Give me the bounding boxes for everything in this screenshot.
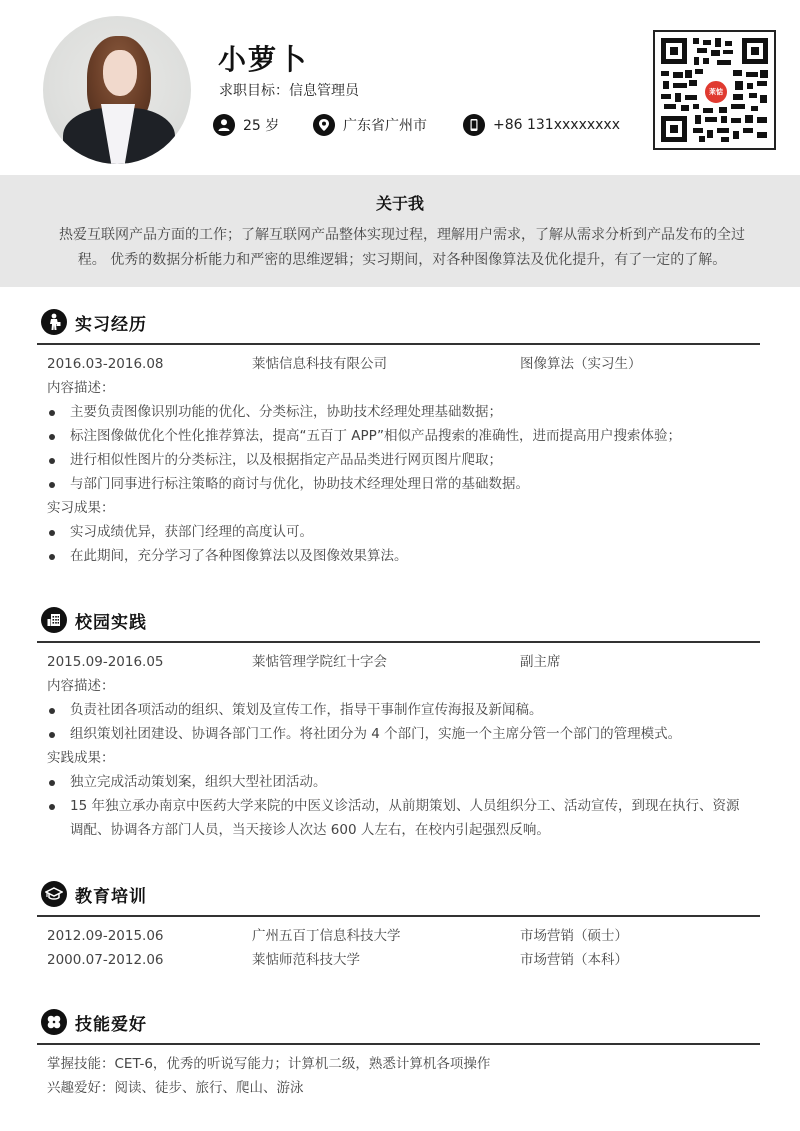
role: 图像算法（实习生） <box>520 352 642 376</box>
internship-section: 实习经历 2016.03-2016.08 莱惦信息科技有限公司 图像算法（实习生… <box>37 307 760 568</box>
about-section: 关于我 热爱互联网产品方面的工作；了解互联网产品整体实现过程，理解用户需求，了解… <box>0 175 800 287</box>
major: 市场营销（本科） <box>520 948 628 972</box>
list-item: 标注图像做优化个性化推荐算法，提高“五百丁 APP”相似产品搜索的准确性，进而提… <box>47 424 760 448</box>
location-pin-icon <box>313 114 335 136</box>
result-label: 实习成果： <box>47 496 760 520</box>
education-row: 2012.09-2015.06 广州五百丁信息科技大学 市场营销（硕士） <box>47 924 760 948</box>
qr-code: 莱惦 <box>653 30 776 150</box>
list-item: 15 年独立承办南京中医药大学来院的中医义诊活动，从前期策划、人员组织分工、活动… <box>47 794 760 842</box>
list-item: 进行相似性图片的分类标注，以及根据指定产品品类进行网页图片爬取； <box>47 448 760 472</box>
phone-icon <box>463 114 485 136</box>
section-divider <box>37 1043 760 1045</box>
qr-logo: 莱惦 <box>703 79 729 105</box>
qr-finder-bottom-left <box>661 116 687 142</box>
skills-line: 掌握技能：CET-6，优秀的听说写能力；计算机二级，熟悉计算机各项操作 <box>47 1052 760 1076</box>
list-item: 负责社团各项活动的组织、策划及宣传工作，指导干事制作宣传海报及新闻稿。 <box>47 698 760 722</box>
desc-list: 负责社团各项活动的组织、策划及宣传工作，指导干事制作宣传海报及新闻稿。 组织策划… <box>47 698 760 746</box>
profile-photo <box>43 16 191 164</box>
about-text: 热爱互联网产品方面的工作；了解互联网产品整体实现过程，理解用户需求，了解从需求分… <box>52 223 752 273</box>
resume-header: 小萝卜 求职目标：信息管理员 25 岁 广东省广州市 +86 131xxxxxx… <box>0 0 800 175</box>
skills-section: 技能爱好 掌握技能：CET-6，优秀的听说写能力；计算机二级，熟悉计算机各项操作… <box>37 1007 760 1100</box>
section-title: 校园实践 <box>75 608 147 633</box>
education-row: 2000.07-2012.06 莱惦师范科技大学 市场营销（本科） <box>47 948 760 972</box>
building-icon <box>41 607 67 633</box>
age-item: 25 岁 <box>213 114 313 136</box>
school: 莱惦师范科技大学 <box>252 948 520 972</box>
qr-finder-top-right <box>742 38 768 64</box>
period: 2015.09-2016.05 <box>47 650 252 674</box>
list-item: 与部门同事进行标注策略的商讨与优化，协助技术经理处理日常的基础数据。 <box>47 472 760 496</box>
worker-icon <box>41 309 67 335</box>
contact-info: 25 岁 广东省广州市 +86 131xxxxxxxx <box>213 114 620 136</box>
period: 2016.03-2016.08 <box>47 352 252 376</box>
section-divider <box>37 343 760 345</box>
experience-summary-row: 2016.03-2016.08 莱惦信息科技有限公司 图像算法（实习生） <box>47 352 760 376</box>
organization: 莱惦管理学院红十字会 <box>252 650 520 674</box>
result-label: 实践成果： <box>47 746 760 770</box>
period: 2012.09-2015.06 <box>47 924 252 948</box>
candidate-name: 小萝卜 <box>218 38 308 78</box>
list-item: 在此期间，充分学习了各种图像算法以及图像效果算法。 <box>47 544 760 568</box>
list-item: 主要负责图像识别功能的优化、分类标注，协助技术经理处理基础数据； <box>47 400 760 424</box>
result-list: 独立完成活动策划案，组织大型社团活动。 15 年独立承办南京中医药大学来院的中医… <box>47 770 760 842</box>
section-title: 实习经历 <box>75 310 147 335</box>
section-divider <box>37 641 760 643</box>
phone-item: +86 131xxxxxxxx <box>463 114 620 136</box>
list-item: 独立完成活动策划案，组织大型社团活动。 <box>47 770 760 794</box>
desc-label: 内容描述： <box>47 674 760 698</box>
organization: 莱惦信息科技有限公司 <box>252 352 520 376</box>
school: 广州五百丁信息科技大学 <box>252 924 520 948</box>
role: 副主席 <box>520 650 561 674</box>
qr-finder-top-left <box>661 38 687 64</box>
experience-summary-row: 2015.09-2016.05 莱惦管理学院红十字会 副主席 <box>47 650 760 674</box>
hobbies-line: 兴趣爱好：阅读、徒步、旅行、爬山、游泳 <box>47 1076 760 1100</box>
desc-label: 内容描述： <box>47 376 760 400</box>
major: 市场营销（硕士） <box>520 924 628 948</box>
location-item: 广东省广州市 <box>313 114 463 136</box>
section-divider <box>37 915 760 917</box>
graduation-cap-icon <box>41 881 67 907</box>
education-section: 教育培训 2012.09-2015.06 广州五百丁信息科技大学 市场营销（硕士… <box>37 879 760 972</box>
period: 2000.07-2012.06 <box>47 948 252 972</box>
desc-list: 主要负责图像识别功能的优化、分类标注，协助技术经理处理基础数据； 标注图像做优化… <box>47 400 760 496</box>
section-title: 技能爱好 <box>75 1010 147 1035</box>
list-item: 实习成绩优异，获部门经理的高度认可。 <box>47 520 760 544</box>
clover-icon <box>41 1009 67 1035</box>
job-objective: 求职目标：信息管理员 <box>219 80 359 100</box>
list-item: 组织策划社团建设、协调各部门工作。将社团分为 4 个部门，实施一个主席分管一个部… <box>47 722 760 746</box>
campus-section: 校园实践 2015.09-2016.05 莱惦管理学院红十字会 副主席 内容描述… <box>37 605 760 842</box>
result-list: 实习成绩优异，获部门经理的高度认可。 在此期间，充分学习了各种图像算法以及图像效… <box>47 520 760 568</box>
section-title: 教育培训 <box>75 882 147 907</box>
user-icon <box>213 114 235 136</box>
about-title: 关于我 <box>0 191 800 214</box>
